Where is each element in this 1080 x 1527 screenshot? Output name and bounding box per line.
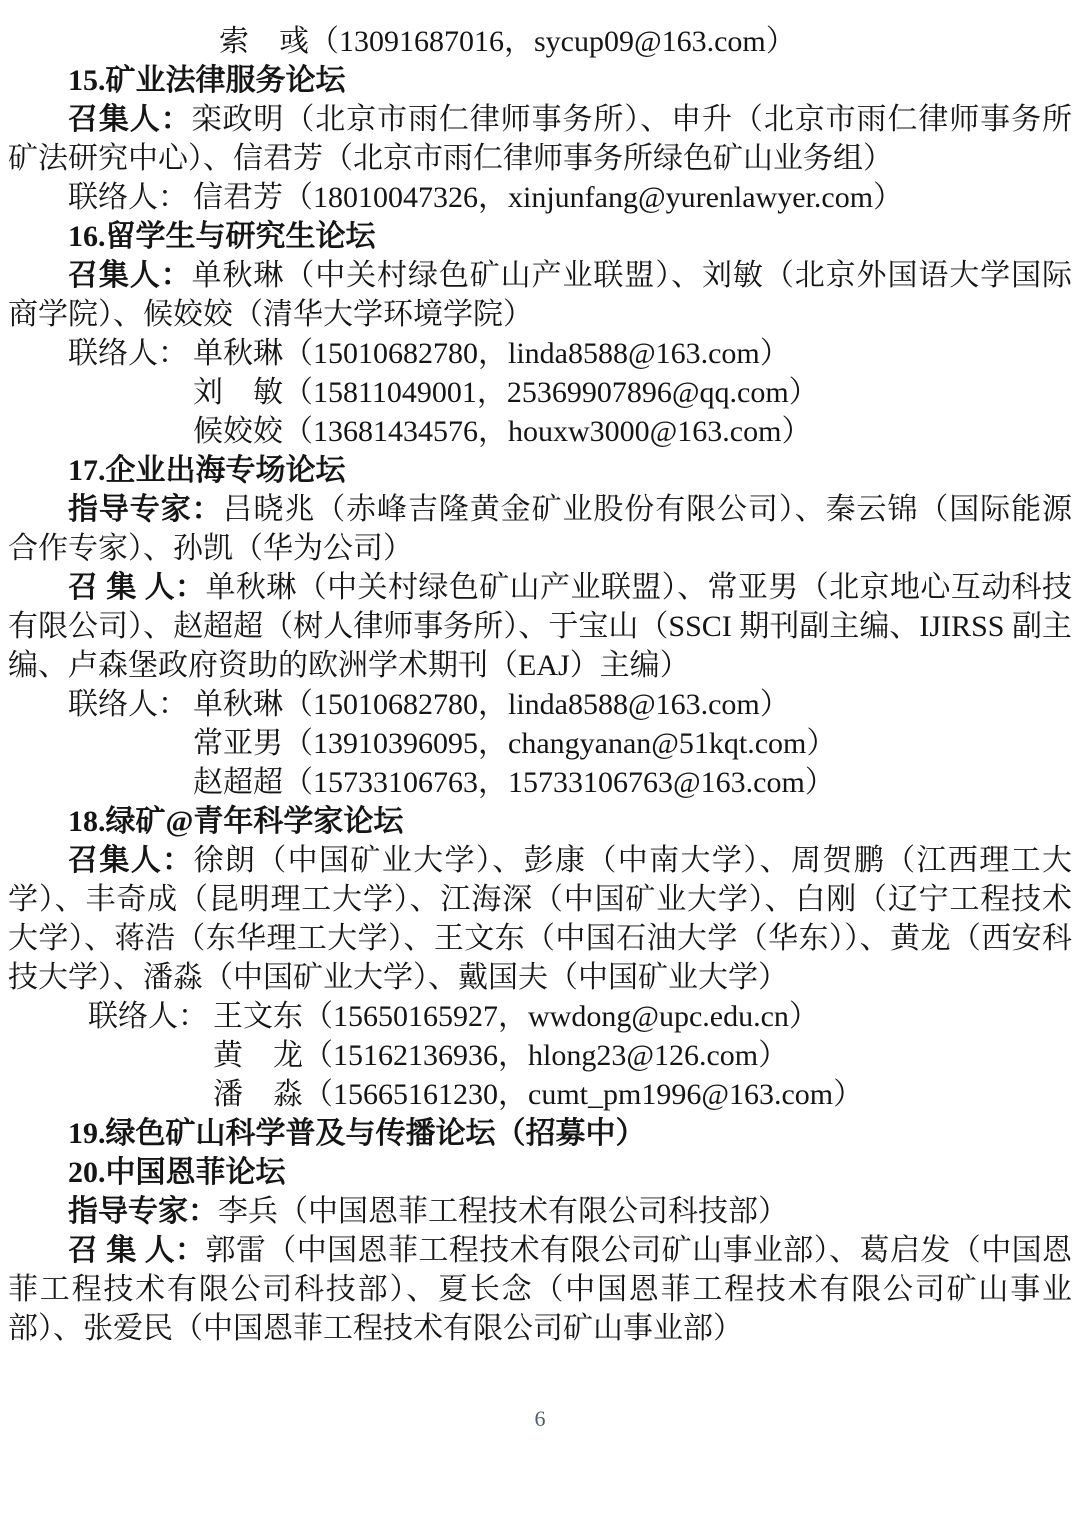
contact-entry: 赵超超（15733106763，15733106763@163.com） <box>193 763 836 802</box>
contact-entry: 刘 敏（15811049001，25369907896@qq.com） <box>193 373 819 412</box>
contact-entries: 单秋琳（15010682780，linda8588@163.com） 刘 敏（1… <box>193 334 819 451</box>
carryover-contact-line: 索 彧（13091687016，sycup09@163.com） <box>219 22 1080 61</box>
section-19-title: 19.绿色矿山科学普及与传播论坛（招募中） <box>68 1114 1080 1153</box>
contact-entry: 单秋琳（15010682780，linda8588@163.com） <box>193 334 819 373</box>
section-17-advisors-paragraph: 指导专家：吕晓兆（赤峰吉隆黄金矿业股份有限公司）、秦云锦（国际能源合作专家）、孙… <box>8 490 1072 568</box>
advisors-label: 指导专家： <box>68 1195 218 1228</box>
conveners-label: 召 集 人： <box>68 571 205 604</box>
contacts-label: 联络人： <box>68 685 188 802</box>
contact-entry: 单秋琳（15010682780，linda8588@163.com） <box>193 685 836 724</box>
conveners-label: 召集人： <box>68 844 194 877</box>
document-page: 索 彧（13091687016，sycup09@163.com） 15.矿业法律… <box>0 0 1080 1432</box>
section-17-title: 17.企业出海专场论坛 <box>68 451 1080 490</box>
conveners-label: 召 集 人： <box>68 1234 205 1267</box>
section-16-conveners-paragraph: 召集人：单秋琳（中关村绿色矿山产业联盟）、刘敏（北京外国语大学国际商学院）、候姣… <box>8 256 1072 334</box>
contact-entries: 信君芳（18010047326，xinjunfang@yurenlawyer.c… <box>193 178 903 217</box>
contact-entry: 信君芳（18010047326，xinjunfang@yurenlawyer.c… <box>193 178 903 217</box>
contacts-label: 联络人： <box>68 178 188 217</box>
section-20-conveners-paragraph: 召 集 人：郭雷（中国恩菲工程技术有限公司矿山事业部）、葛启发（中国恩菲工程技术… <box>8 1231 1072 1348</box>
advisors-label: 指导专家： <box>68 493 223 526</box>
advisors-text: 李兵（中国恩菲工程技术有限公司科技部） <box>218 1195 788 1228</box>
contact-entry: 常亚男（13910396095，changyanan@51kqt.com） <box>193 724 836 763</box>
contact-entry: 潘 淼（15665161230，cumt_pm1996@163.com） <box>213 1075 863 1114</box>
contacts-label: 联络人： <box>68 334 188 451</box>
contacts-label: 联络人： <box>88 997 208 1114</box>
contact-entries: 王文东（15650165927，wwdong@upc.edu.cn） 黄 龙（1… <box>213 997 863 1114</box>
section-17-contacts-block: 联络人： 单秋琳（15010682780，linda8588@163.com） … <box>68 685 1080 802</box>
page-number: 6 <box>0 1406 1080 1432</box>
section-20-title: 20.中国恩菲论坛 <box>68 1153 1080 1192</box>
section-15-title: 15.矿业法律服务论坛 <box>68 61 1080 100</box>
contact-entry: 候姣姣（13681434576，houxw3000@163.com） <box>193 412 819 451</box>
conveners-label: 召集人： <box>68 103 192 136</box>
section-15-contacts-block: 联络人： 信君芳（18010047326，xinjunfang@yurenlaw… <box>68 178 1080 217</box>
section-20-advisors-paragraph: 指导专家：李兵（中国恩菲工程技术有限公司科技部） <box>8 1192 1072 1231</box>
section-18-title: 18.绿矿@青年科学家论坛 <box>68 802 1080 841</box>
section-18-conveners-paragraph: 召集人：徐朗（中国矿业大学）、彭康（中南大学）、周贺鹏（江西理工大学）、丰奇成（… <box>8 841 1072 997</box>
section-18-contacts-block: 联络人： 王文东（15650165927，wwdong@upc.edu.cn） … <box>88 997 1080 1114</box>
contact-entry: 王文东（15650165927，wwdong@upc.edu.cn） <box>213 997 863 1036</box>
section-15-conveners-paragraph: 召集人：栾政明（北京市雨仁律师事务所）、申升（北京市雨仁律师事务所矿法研究中心）… <box>8 100 1072 178</box>
contact-entry: 黄 龙（15162136936，hlong23@126.com） <box>213 1036 863 1075</box>
conveners-label: 召集人： <box>68 259 192 292</box>
section-16-contacts-block: 联络人： 单秋琳（15010682780，linda8588@163.com） … <box>68 334 1080 451</box>
section-17-conveners-paragraph: 召 集 人：单秋琳（中关村绿色矿山产业联盟）、常亚男（北京地心互动科技有限公司）… <box>8 568 1072 685</box>
contact-entries: 单秋琳（15010682780，linda8588@163.com） 常亚男（1… <box>193 685 836 802</box>
section-16-title: 16.留学生与研究生论坛 <box>68 217 1080 256</box>
